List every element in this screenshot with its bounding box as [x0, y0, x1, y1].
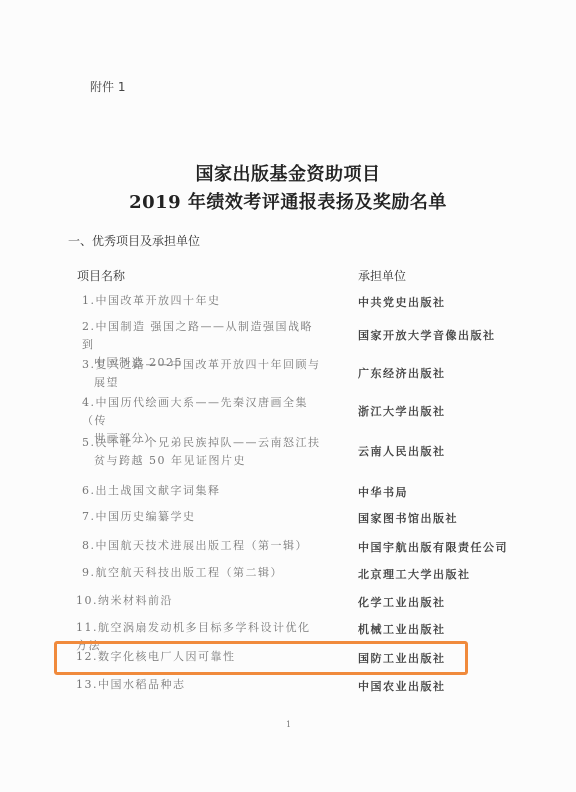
project-name: 5.决不让一个兄弟民族掉队——云南怒江扶贫与跨越 50 年见证图片史 — [82, 434, 322, 470]
project-number: 1. — [82, 294, 96, 307]
project-name: 7.中国历史编纂学史 — [82, 508, 322, 526]
column-header-project: 项目名称 — [77, 267, 125, 284]
project-name-line1: 中国历代绘画大系——先秦汉唐画全集（传 — [82, 396, 308, 427]
project-name: 6.出土战国文献字词集释 — [82, 482, 322, 500]
section-heading: 一、优秀项目及承担单位 — [68, 232, 200, 249]
project-number: 8. — [82, 539, 96, 552]
project-name-line1: 中国历史编纂学史 — [96, 510, 196, 523]
publisher-unit: 云南人民出版社 — [358, 443, 446, 459]
project-number: 9. — [82, 566, 96, 579]
project-number: 5. — [82, 436, 96, 449]
project-name-line1: 中国改革开放四十年史 — [96, 294, 221, 307]
document-page: 附件 1 国家出版基金资助项目 2019 年绩效考评通报表扬及奖励名单 一、优秀… — [0, 0, 576, 792]
project-name-line1: 航空航天科技出版工程（第二辑） — [96, 566, 284, 579]
project-number: 3. — [82, 358, 96, 371]
project-name-line1: 出土战国文献字词集释 — [96, 484, 221, 497]
project-name-line1: 中国水稻品种志 — [98, 678, 186, 691]
project-number: 6. — [82, 484, 96, 497]
project-name-line1: 决不让一个兄弟民族掉队——云南怒江扶 — [96, 436, 321, 449]
document-title-line1: 国家出版基金资助项目 — [0, 160, 576, 186]
publisher-unit: 中华书局 — [358, 484, 408, 500]
publisher-unit: 北京理工大学出版社 — [358, 566, 471, 582]
project-name: 8.中国航天技术进展出版工程（第一辑） — [82, 537, 322, 555]
project-number: 10. — [76, 594, 98, 607]
project-name: 9.航空航天科技出版工程（第二辑） — [82, 564, 322, 582]
annex-label: 附件 1 — [90, 78, 125, 95]
publisher-unit: 浙江大学出版社 — [358, 403, 446, 419]
project-number: 2. — [82, 320, 96, 333]
project-name: 13.中国水稻品种志 — [76, 676, 316, 694]
project-number: 13. — [76, 678, 98, 691]
column-header-unit: 承担单位 — [358, 267, 406, 284]
project-name-line2: 贫与跨越 50 年见证图片史 — [82, 452, 322, 470]
publisher-unit: 中共党史出版社 — [358, 294, 446, 310]
project-name: 3.复兴之路——中国改革开放四十年回顾与展望 — [82, 356, 322, 392]
publisher-unit: 机械工业出版社 — [358, 621, 446, 637]
project-name-line1: 中国航天技术进展出版工程（第一辑） — [96, 539, 309, 552]
publisher-unit: 广东经济出版社 — [358, 365, 446, 381]
project-name: 10.纳米材料前沿 — [76, 592, 316, 610]
project-name-line1: 复兴之路——中国改革开放四十年回顾与 — [96, 358, 321, 371]
page-number: 1 — [286, 720, 291, 729]
document-title-line2: 2019 年绩效考评通报表扬及奖励名单 — [0, 188, 576, 214]
publisher-unit: 化学工业出版社 — [358, 594, 446, 610]
publisher-unit: 中国宇航出版有限责任公司 — [358, 539, 508, 555]
project-name-line1: 中国制造 强国之路——从制造强国战略到 — [82, 320, 313, 351]
publisher-unit: 中国农业出版社 — [358, 678, 446, 694]
publisher-unit: 国家图书馆出版社 — [358, 510, 458, 526]
project-name-line1: 纳米材料前沿 — [98, 594, 173, 607]
project-number: 4. — [82, 396, 96, 409]
project-number: 7. — [82, 510, 96, 523]
project-number: 11. — [76, 621, 98, 634]
project-name: 1.中国改革开放四十年史 — [82, 292, 322, 310]
publisher-unit: 国家开放大学音像出版社 — [358, 327, 496, 343]
highlight-box — [54, 641, 468, 675]
project-name-line2: 展望 — [82, 374, 322, 392]
